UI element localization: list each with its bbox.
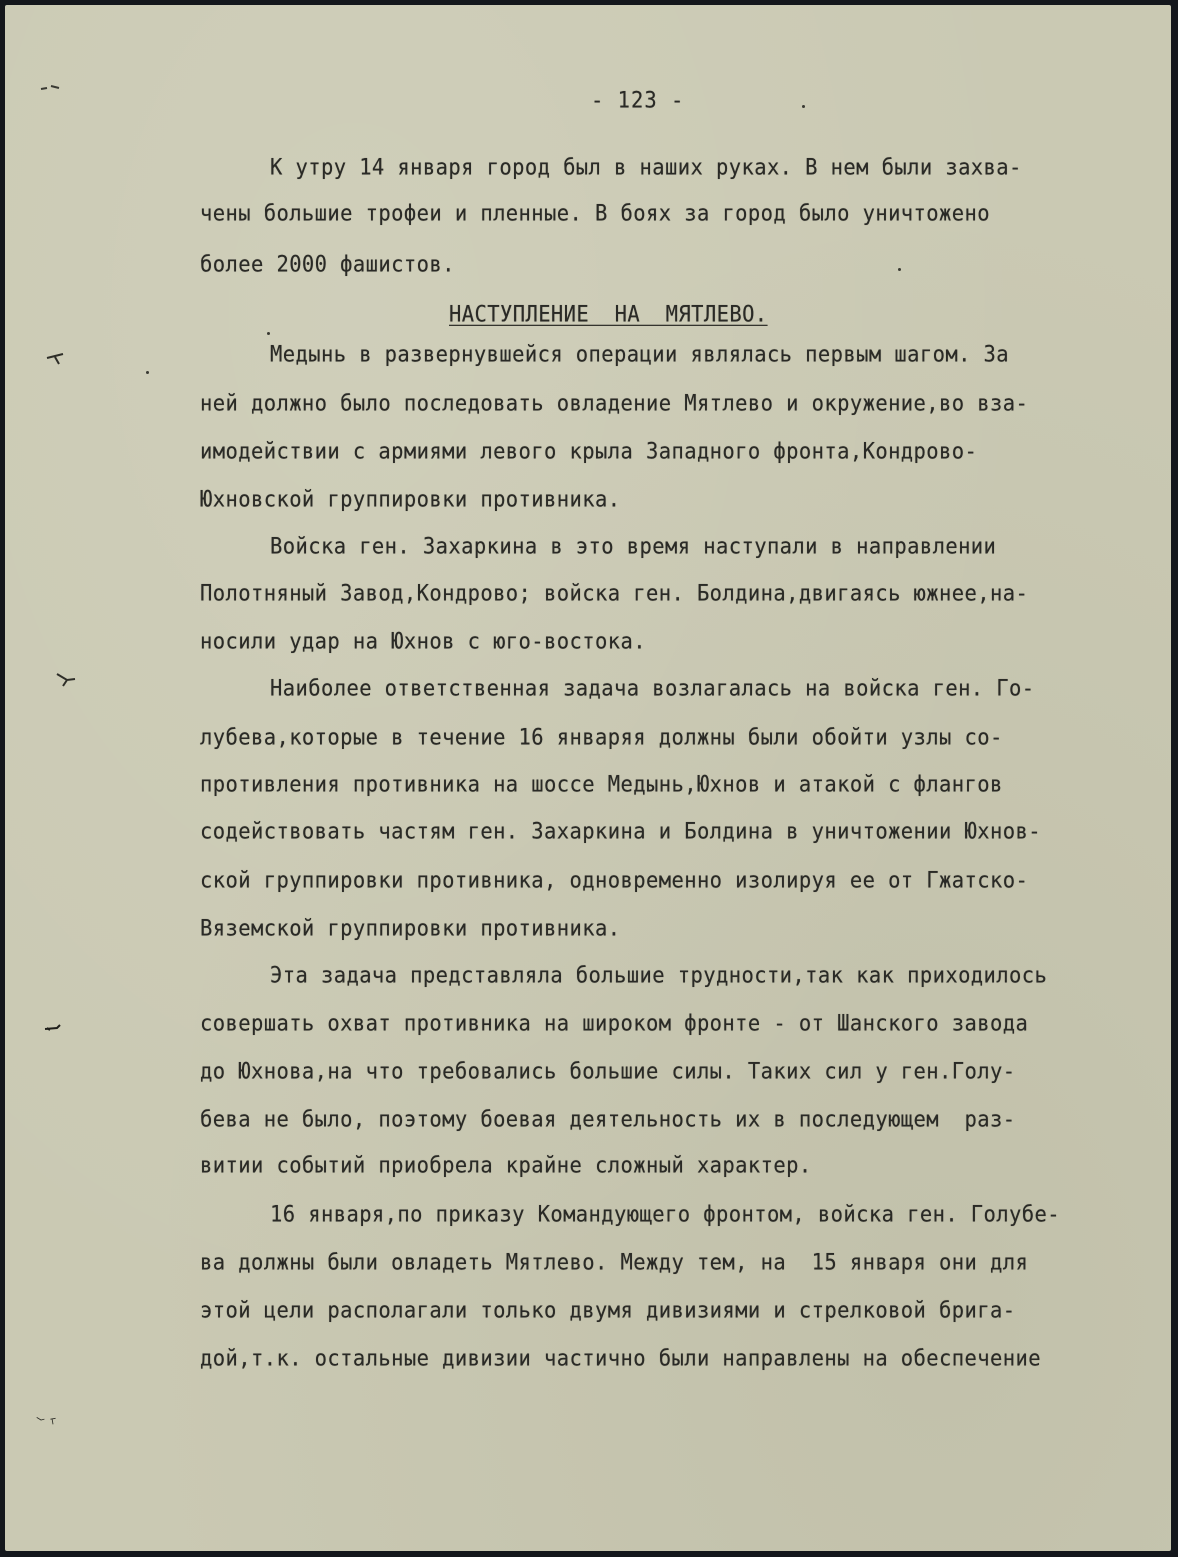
binding-hole-mark	[43, 350, 73, 370]
text-line: более 2000 фашистов.	[200, 251, 455, 277]
text-line: ней должно было последовать овладение Мя…	[200, 390, 1028, 416]
text-line: этой цели располагали только двумя дивиз…	[200, 1297, 1016, 1323]
page-number: - 123 -	[591, 87, 684, 113]
text-line: ва должны были овладеть Мятлево. Между т…	[200, 1249, 1028, 1275]
section-heading: НАСТУПЛЕНИЕ НА МЯТЛЕВО.	[449, 301, 768, 327]
binding-hole-mark	[37, 79, 67, 99]
text-line: ской группировки противника, одновременн…	[200, 867, 1028, 893]
document-page: - 123 - НАСТУПЛЕНИЕ НА МЯТЛЕВО. К утру 1…	[5, 5, 1171, 1551]
paper-speck	[267, 332, 270, 335]
text-line: Медынь в развернувшейся операции являлас…	[270, 341, 1009, 367]
text-line: лубева,которые в течение 16 январяя долж…	[200, 724, 1003, 750]
paper-speck	[146, 371, 149, 374]
binding-hole-mark	[35, 1410, 65, 1430]
text-line: имодействии с армиями левого крыла Запад…	[200, 438, 977, 464]
text-line: дой,т.к. остальные дивизии частично были…	[200, 1345, 1041, 1371]
text-line: Эта задача представляла большие трудност…	[270, 962, 1047, 988]
binding-hole-mark	[35, 1018, 65, 1038]
text-line: 16 января,по приказу Командующего фронто…	[270, 1201, 1060, 1227]
text-line: Вяземской группировки противника.	[200, 915, 621, 941]
text-line: Наиболее ответственная задача возлагалас…	[270, 675, 1035, 701]
paper-speck	[898, 268, 901, 271]
text-line: противления противника на шоссе Медынь,Ю…	[200, 771, 1003, 797]
text-line: чены большие трофеи и пленные. В боях за…	[200, 200, 990, 226]
binding-hole-mark	[53, 670, 83, 690]
text-line: витии событий приобрела крайне сложный х…	[200, 1152, 812, 1178]
text-line: совершать охват противника на широком фр…	[200, 1010, 1028, 1036]
text-line: Юхновской группировки противника.	[200, 486, 621, 512]
text-line: до Юхнова,на что требовались большие сил…	[200, 1058, 1016, 1084]
paper-speck	[802, 105, 805, 108]
text-line: носили удар на Юхнов с юго-востока.	[200, 628, 646, 654]
text-line: содействовать частям ген. Захаркина и Бо…	[200, 818, 1041, 844]
text-line: Полотняный Завод,Кондрово; войска ген. Б…	[200, 580, 1028, 606]
text-line: Войска ген. Захаркина в это время наступ…	[270, 533, 996, 559]
text-line: К утру 14 января город был в наших руках…	[270, 154, 1022, 180]
text-line: бева не было, поэтому боевая деятельност…	[200, 1106, 1016, 1132]
